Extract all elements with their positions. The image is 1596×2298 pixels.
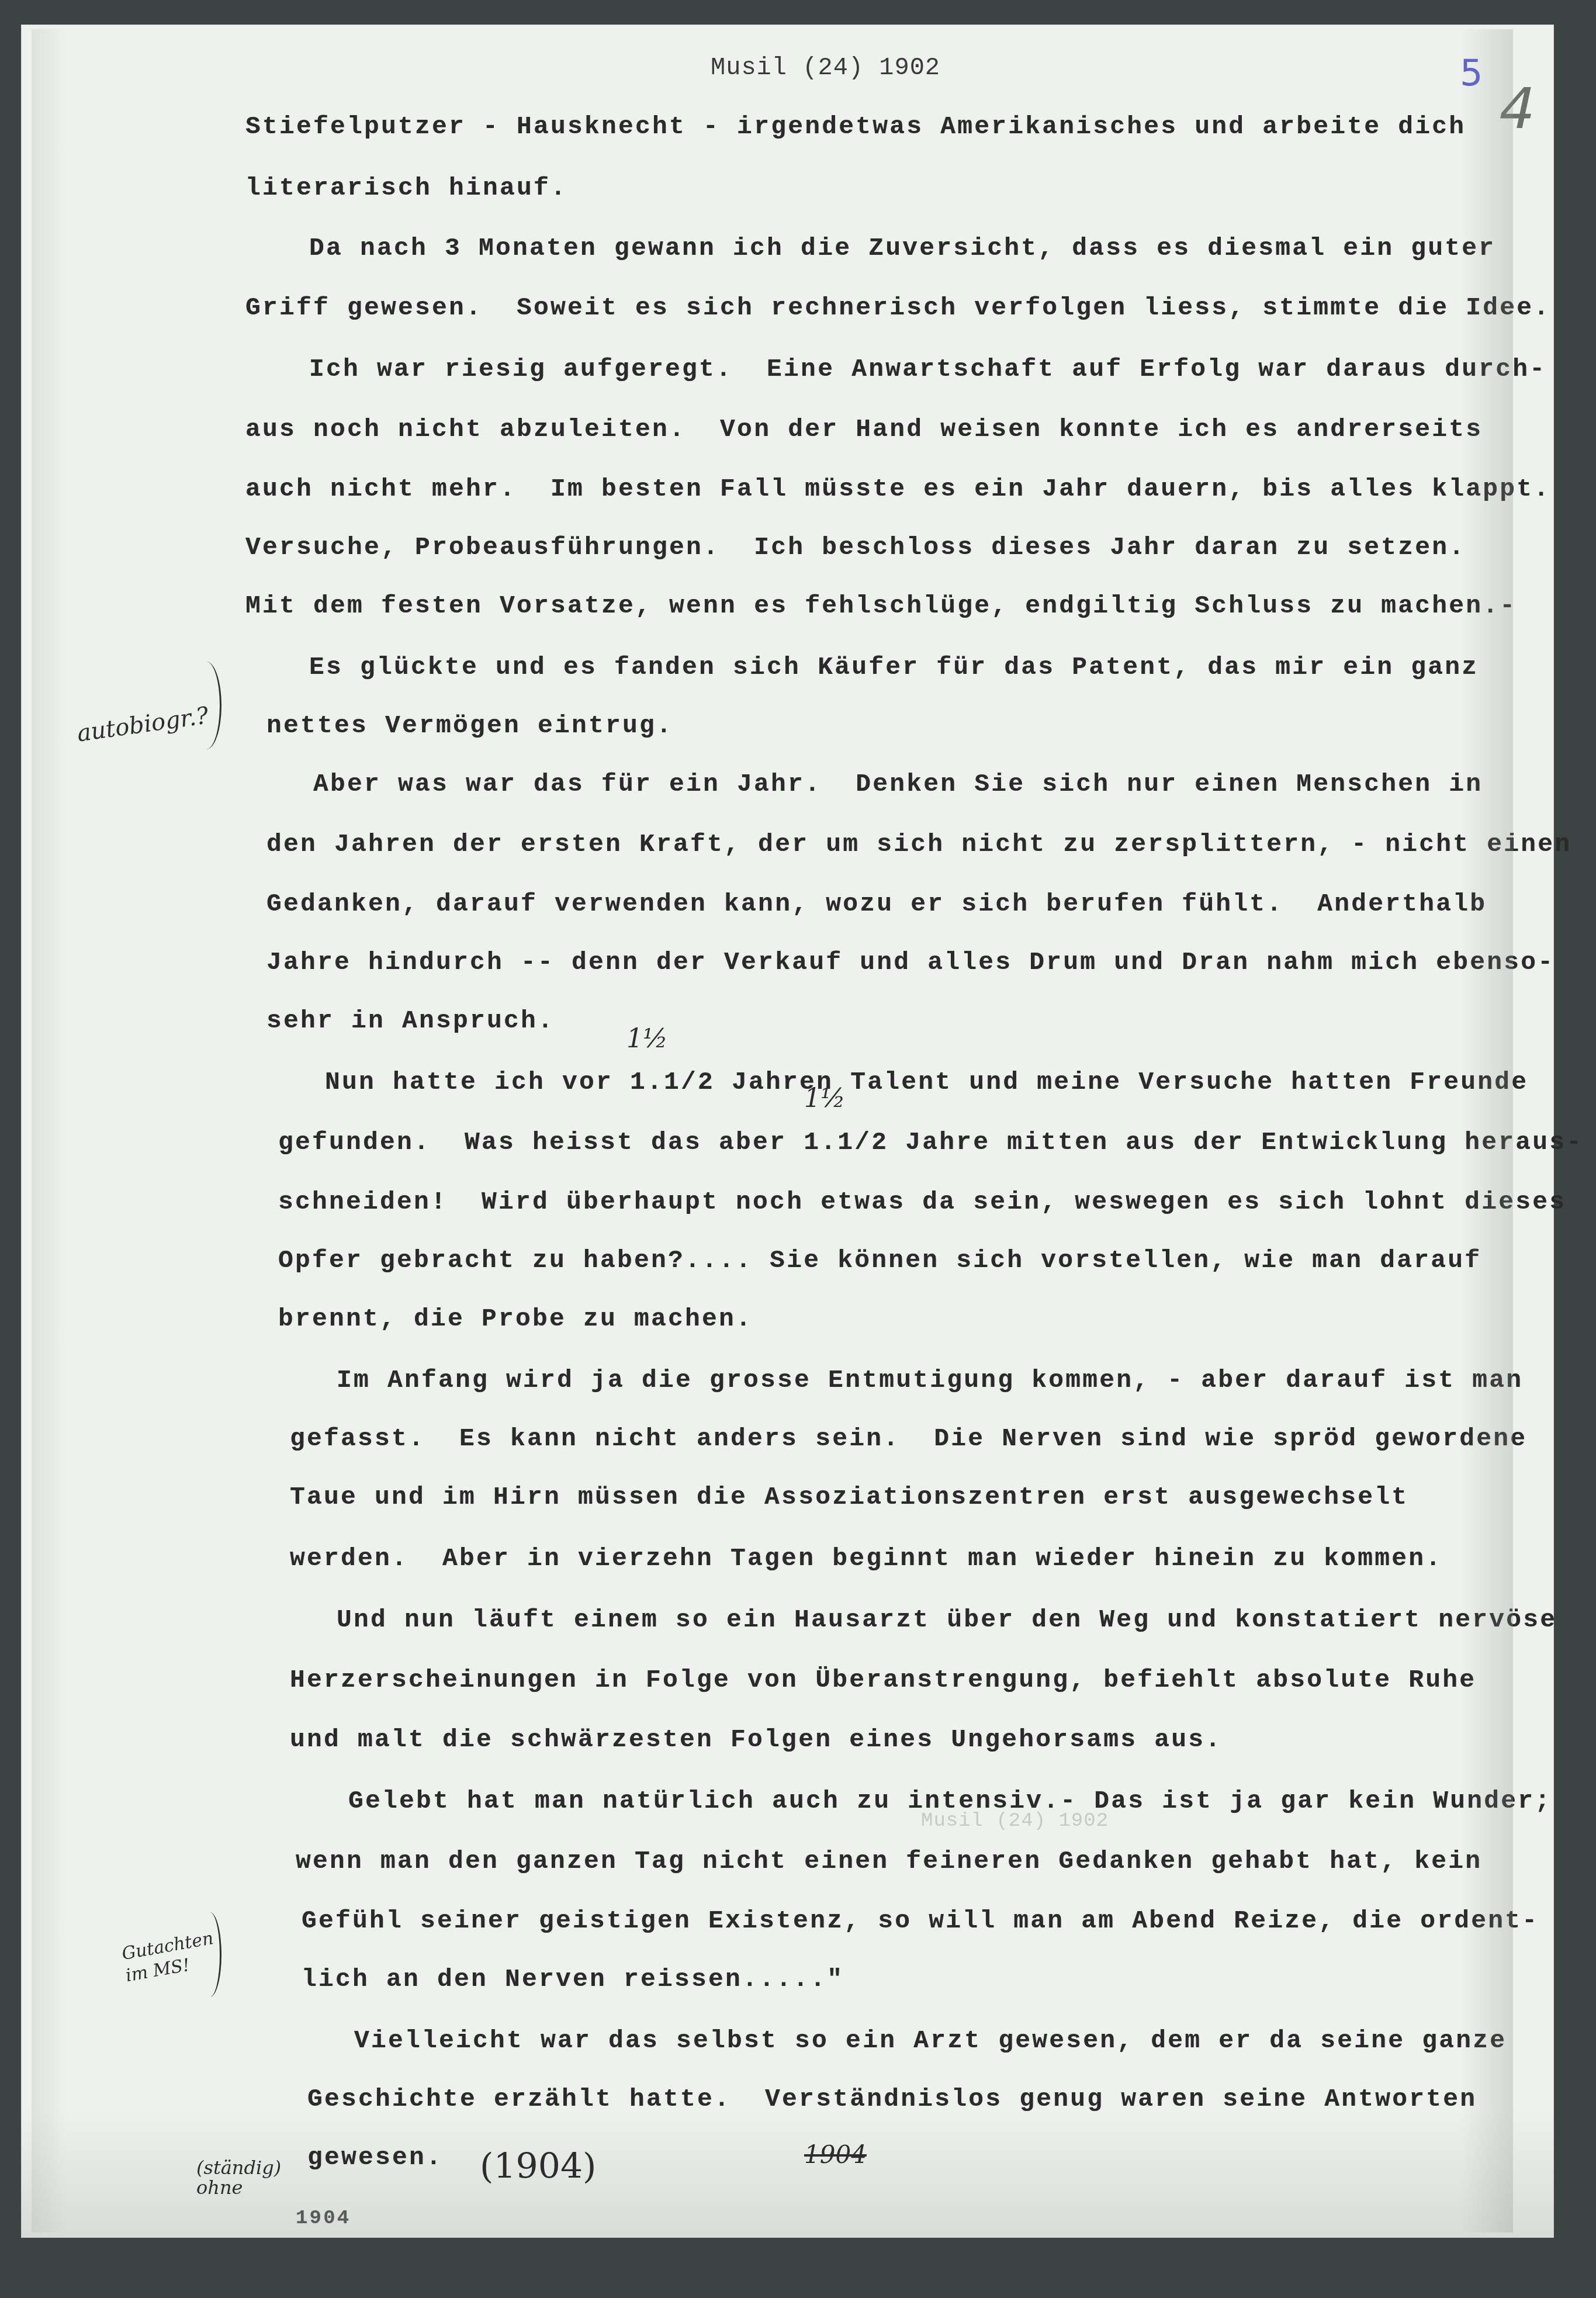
text-line: den Jahren der ersten Kraft, der um sich… [266,830,1571,859]
text-line: Vielleicht war das selbst so ein Arzt ge… [354,2026,1507,2055]
text-line: Nun hatte ich vor 1.1/2 Jahren Talent un… [325,1068,1528,1096]
text-line: gewesen. [307,2143,443,2172]
ghost-header-bleedthrough: Musil (24) 1902 [921,1810,1109,1832]
text-line: brennt, die Probe zu machen. [278,1304,753,1333]
text-line: Und nun läuft einem so ein Hausarzt über… [337,1605,1557,1634]
text-line: Gedanken, darauf verwenden kann, wozu er… [266,890,1487,918]
text-line: werden. Aber in vierzehn Tagen beginnt m… [290,1544,1442,1573]
margin-note-gutachten: Gutachten im MS! [120,1929,214,1988]
text-line: schneiden! Wird überhaupt noch etwas da … [278,1188,1566,1216]
text-line: Geschichte erzählt hatte. Verständnislos… [307,2085,1477,2113]
page-header: Musil (24) 1902 [711,54,940,82]
text-line: gefunden. Was heisst das aber 1.1/2 Jahr… [278,1128,1583,1157]
text-line: aus noch nicht abzuleiten. Von der Hand … [245,415,1483,444]
interlinear-correction: 1½ [626,1024,668,1054]
text-line: nettes Vermögen eintrug. [266,711,673,740]
text-line: Taue und im Hirn müssen die Assoziations… [290,1483,1408,1511]
text-line: Versuche, Probeausführungen. Ich beschlo… [245,533,1466,562]
text-line: und malt die schwärzesten Folgen eines U… [290,1725,1222,1754]
document-page: Musil (24) 1902 5 4 Stiefelputzer - Haus… [21,25,1554,2238]
margin-note-bottom-left: (ständig) ohne [196,2158,290,2197]
text-line: Herzerscheinungen in Folge von Überanstr… [290,1666,1476,1694]
folio-number-pencil: 4 [1493,76,1542,141]
text-line: Stiefelputzer - Hausknecht - irgendetwas… [245,112,1466,141]
text-line: Da nach 3 Monaten gewann ich die Zuversi… [309,234,1495,262]
interlinear-correction: 1½ [804,1084,846,1113]
text-line: Aber was war das für ein Jahr. Denken Si… [313,770,1483,798]
margin-note-autobiography: autobiogr.? [75,702,210,747]
text-line: lich an den Nerven reissen....." [302,1965,844,1994]
text-line: wenn man den ganzen Tag nicht einen fein… [296,1847,1482,1875]
text-line: Griff gewesen. Soweit es sich rechnerisc… [245,293,1550,322]
text-line: Gefühl seiner geistigen Existenz, so wil… [302,1906,1539,1935]
margin-bracket [196,662,221,749]
text-line: auch nicht mehr. Im besten Fall müsste e… [245,475,1550,503]
text-line: Jahre hindurch -- denn der Verkauf und a… [266,948,1555,977]
text-line: sehr in Anspruch. [266,1006,555,1035]
folio-number-blue: 5 [1460,51,1483,94]
handwritten-year: (1904) [480,2146,597,2187]
text-line: Es glückte und es fanden sich Käufer für… [309,653,1479,681]
faded-typed-year: 1904 [296,2207,351,2230]
text-line: Ich war riesig aufgeregt. Eine Anwartsch… [309,355,1546,383]
text-line: Im Anfang wird ja die grosse Entmutigung… [337,1366,1523,1394]
struck-through-year: 1904 [804,2140,867,2169]
text-line: Opfer gebracht zu haben?.... Sie können … [278,1246,1481,1275]
text-line: Mit dem festen Vorsatze, wenn es fehlsch… [245,591,1517,620]
margin-bracket [202,1912,221,1997]
text-line: literarisch hinauf. [245,174,567,202]
text-line: gefasst. Es kann nicht anders sein. Die … [290,1424,1527,1453]
